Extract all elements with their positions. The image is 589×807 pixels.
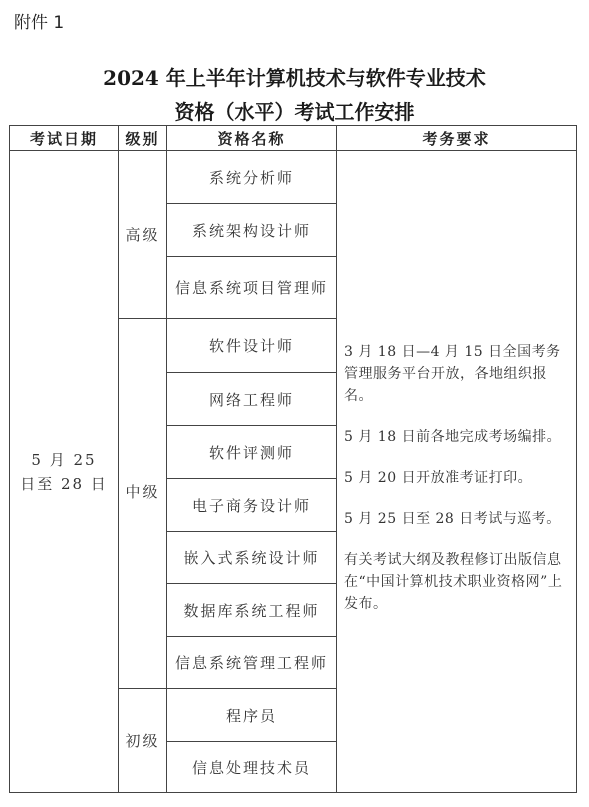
requirements-cell: 3 月 18 日—4 月 15 日全国考务管理服务平台开放，各地组织报名。 5 … <box>336 150 577 793</box>
qualification-cell: 网络工程师 <box>166 372 337 426</box>
document-title-line1: 2024 年上半年计算机技术与软件专业技术 <box>0 62 589 91</box>
qualification-cell: 程序员 <box>166 688 337 742</box>
qualification-cell: 系统分析师 <box>166 150 337 204</box>
requirement-item: 有关考试大纲及教程修订出版信息在“中国计算机技术职业资格网”上发布。 <box>344 549 570 615</box>
qualification-cell: 嵌入式系统设计师 <box>166 531 337 584</box>
header-level: 级别 <box>118 125 167 151</box>
exam-date-cell: 5 月 25 日至 28 日 <box>9 150 119 793</box>
document-title-line2: 资格（水平）考试工作安排 <box>0 96 589 125</box>
qualification-cell: 软件评测师 <box>166 425 337 479</box>
qualification-cell: 电子商务设计师 <box>166 478 337 532</box>
exam-schedule-table: 考试日期 级别 资格名称 考务要求 5 月 25 日至 28 日 高级 中级 初… <box>9 125 577 793</box>
qualification-cell: 信息系统管理工程师 <box>166 636 337 689</box>
header-qualification: 资格名称 <box>166 125 337 151</box>
requirement-item: 5 月 18 日前各地完成考场编排。 <box>344 426 570 448</box>
attachment-label: 附件 1 <box>14 8 64 33</box>
header-exam-date: 考试日期 <box>9 125 119 151</box>
requirement-item: 3 月 18 日—4 月 15 日全国考务管理服务平台开放，各地组织报名。 <box>344 341 570 407</box>
level-senior: 高级 <box>118 150 167 319</box>
level-intermediate: 中级 <box>118 318 167 689</box>
header-requirements: 考务要求 <box>336 125 577 151</box>
qualification-cell: 信息处理技术员 <box>166 741 337 793</box>
qualification-cell: 软件设计师 <box>166 318 337 373</box>
requirement-item: 5 月 25 日至 28 日考试与巡考。 <box>344 508 570 530</box>
qualification-cell: 数据库系统工程师 <box>166 583 337 637</box>
qualification-cell: 系统架构设计师 <box>166 203 337 257</box>
qualification-cell: 信息系统项目管理师 <box>166 256 337 319</box>
requirement-item: 5 月 20 日开放准考证打印。 <box>344 467 570 489</box>
level-junior: 初级 <box>118 688 167 793</box>
